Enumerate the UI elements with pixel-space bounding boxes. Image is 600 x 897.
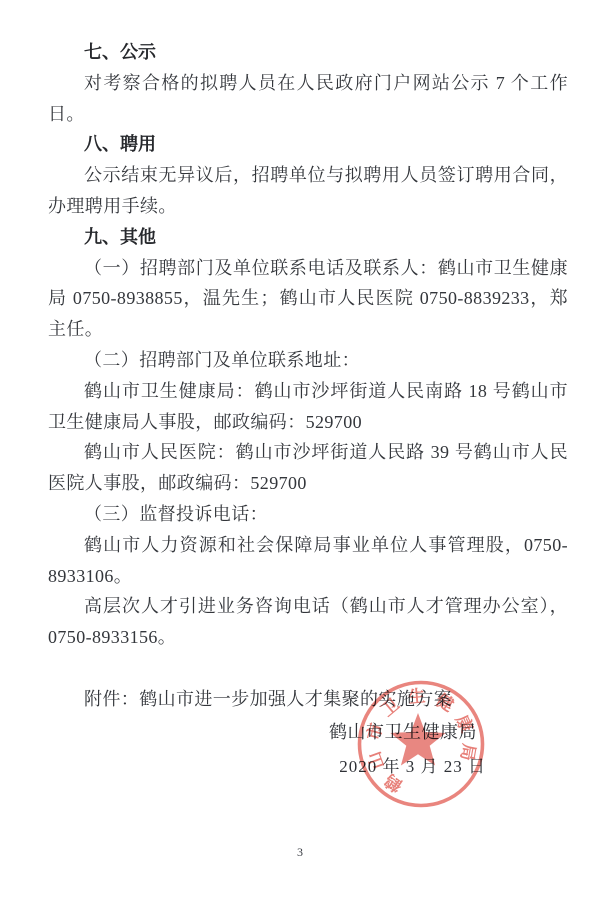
paragraph: 公示结束无异议后，招聘单位与拟聘用人员签订聘用合同，办理聘用手续。 xyxy=(48,160,568,222)
signature-date: 2020 年 3 月 23 日 xyxy=(0,752,486,777)
paragraph: 高层次人才引进业务咨询电话（鹤山市人才管理办公室），0750-8933156。 xyxy=(48,591,568,653)
signature-org: 鹤山市卫生健康局 xyxy=(0,718,477,744)
paragraph: 对考察合格的拟聘人员在人民政府门户网站公示 7 个工作日。 xyxy=(48,68,568,130)
paragraph: （一）招聘部门及单位联系电话及联系人：鹤山市卫生健康局 0750-8938855… xyxy=(48,253,568,345)
attachment-line: 附件：鹤山市进一步加强人才集聚的实施方案 xyxy=(48,684,568,715)
section-heading-8: 八、聘用 xyxy=(48,129,568,160)
page-number: 3 xyxy=(0,845,600,860)
section-heading-9: 九、其他 xyxy=(48,222,568,253)
paragraph: （三）监督投诉电话： xyxy=(48,499,568,530)
document-page: 七、公示 对考察合格的拟聘人员在人民政府门户网站公示 7 个工作日。 八、聘用 … xyxy=(0,0,600,897)
paragraph: 鹤山市人民医院：鹤山市沙坪街道人民路 39 号鹤山市人民医院人事股，邮政编码：5… xyxy=(48,437,568,499)
paragraph: 鹤山市卫生健康局：鹤山市沙坪街道人民南路 18 号鹤山市卫生健康局人事股，邮政编… xyxy=(48,376,568,438)
document-body: 七、公示 对考察合格的拟聘人员在人民政府门户网站公示 7 个工作日。 八、聘用 … xyxy=(0,0,600,715)
paragraph: （二）招聘部门及单位联系地址： xyxy=(48,345,568,376)
paragraph: 鹤山市人力资源和社会保障局事业单位人事管理股，0750-8933106。 xyxy=(48,530,568,592)
section-heading-7: 七、公示 xyxy=(48,37,568,68)
